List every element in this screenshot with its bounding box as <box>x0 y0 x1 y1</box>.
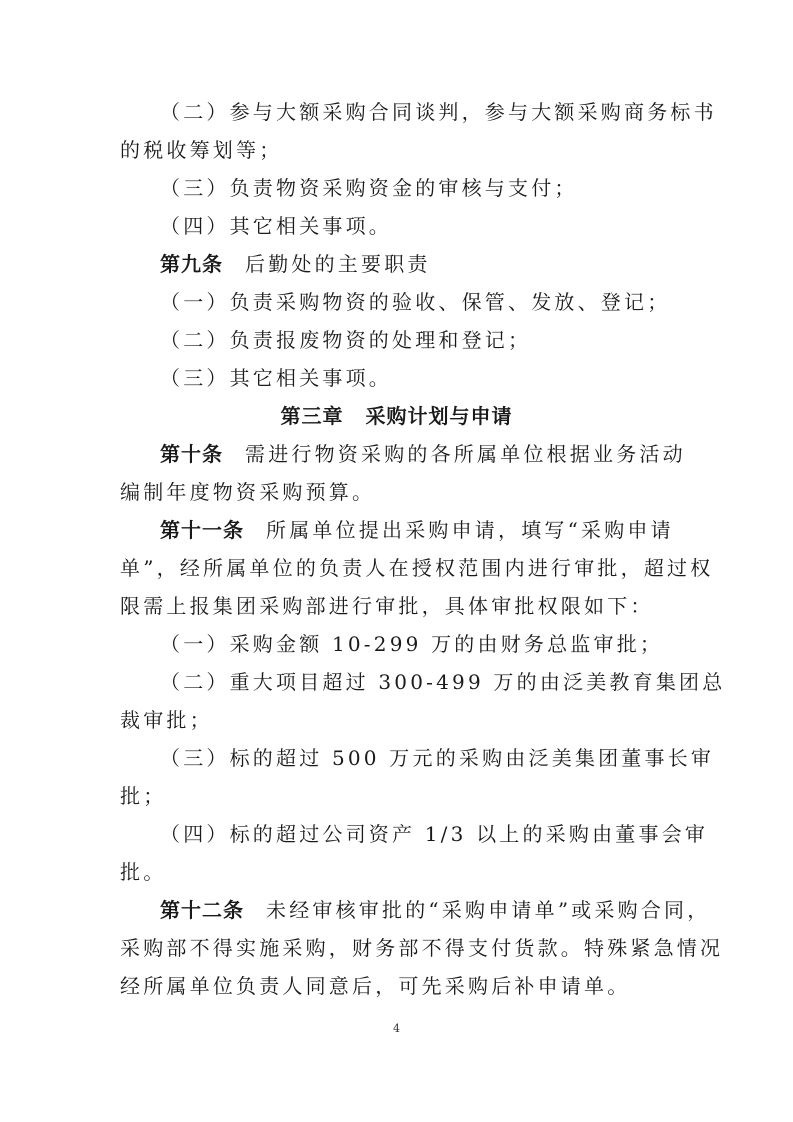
chapter-text: 采购计划与申请 <box>366 404 513 428</box>
article-text: 未经审核审批的“采购申请单”或采购合同， <box>266 898 710 922</box>
list-item: （四）标的超过公司资产 1/3 以上的采购由董事会审 <box>160 822 708 846</box>
continuation-line: 批。 <box>120 860 166 884</box>
article-heading: 第十条需进行物资采购的各所属单位根据业务活动 <box>160 442 686 466</box>
article-text: 需进行物资采购的各所属单位根据业务活动 <box>245 442 686 466</box>
article-label: 第十条 <box>160 442 223 466</box>
article-label: 第十一条 <box>160 518 244 542</box>
list-item: （二）参与大额采购合同谈判，参与大额采购商务标书 <box>160 100 717 124</box>
article-heading: 第十一条所属单位提出采购申请，填写“采购申请 <box>160 518 674 542</box>
list-item: （三）其它相关事项。 <box>160 366 392 390</box>
article-label: 第九条 <box>160 252 223 276</box>
article-heading: 第十二条未经审核审批的“采购申请单”或采购合同， <box>160 898 710 922</box>
list-item: （三）负责物资采购资金的审核与支付； <box>160 176 578 200</box>
chapter-label: 第三章 <box>281 404 344 428</box>
page-number: 4 <box>0 1022 793 1035</box>
continuation-line: 编制年度物资采购预算。 <box>120 480 375 504</box>
article-heading: 第九条后勤处的主要职责 <box>160 252 431 276</box>
list-item: （二）负责报废物资的处理和登记； <box>160 328 531 352</box>
list-item: （一）负责采购物资的验收、保管、发放、登记； <box>160 290 670 314</box>
continuation-line: 采购部不得实施采购，财务部不得支付货款。特殊紧急情况 <box>120 936 723 960</box>
continuation-line: 限需上报集团采购部进行审批，具体审批权限如下： <box>120 594 654 618</box>
continuation-line: 批； <box>120 784 166 808</box>
article-text: 所属单位提出采购申请，填写“采购申请 <box>266 518 674 542</box>
article-label: 第十二条 <box>160 898 244 922</box>
continuation-line: 经所属单位负责人同意后，可先采购后补申请单。 <box>120 974 630 998</box>
chapter-title: 第三章采购计划与申请 <box>120 404 673 428</box>
list-item: （四）其它相关事项。 <box>160 214 392 238</box>
continuation-line: 裁审批； <box>120 708 213 732</box>
list-item: （一）采购金额 10-299 万的由财务总监审批； <box>160 632 663 656</box>
list-item: （二）重大项目超过 300-499 万的由泛美教育集团总 <box>160 670 725 694</box>
article-text: 后勤处的主要职责 <box>245 252 431 276</box>
list-item: （三）标的超过 500 万元的采购由泛美集团董事长审 <box>160 746 714 770</box>
continuation-line: 的税收筹划等； <box>120 138 282 162</box>
continuation-line: 单”，经所属单位的负责人在授权范围内进行审批，超过权 <box>120 556 713 580</box>
